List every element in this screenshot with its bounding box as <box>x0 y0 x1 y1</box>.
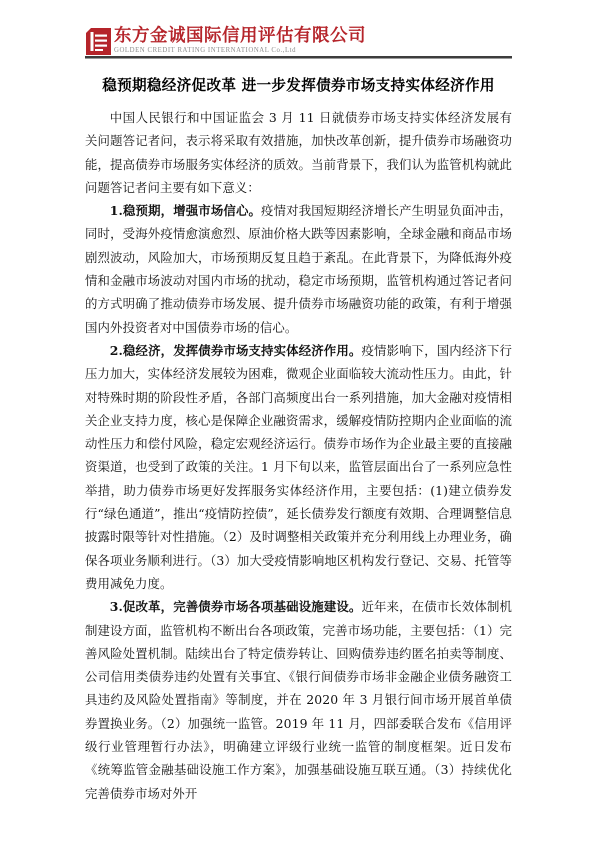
paragraph-lead: 2.稳经济，发挥债券市场支持实体经济作用。 <box>110 343 362 358</box>
document-body: 稳预期稳经济促改革 进一步发挥债券市场支持实体经济作用 中国人民银行和中国证监会… <box>85 74 512 805</box>
paragraph-intro: 中国人民银行和中国证监会 3 月 11 日就债券市场支持实体经济发展有关问题答记… <box>85 106 512 199</box>
paragraph-text: 近年来，在债市长效体制机制建设方面，监管机构不断出台各项政策，完善市场功能，主要… <box>85 599 512 800</box>
paragraph-lead: 3.促改革，完善债券市场各项基础设施建设。 <box>110 599 362 614</box>
document-page: 东方金诚国际信用评估有限公司 GOLDEN CREDIT RATING INTE… <box>0 0 595 842</box>
company-name-en: GOLDEN CREDIT RATING INTERNATIONAL Co.,L… <box>114 48 366 55</box>
paragraph-lead: 1.稳预期，增强市场信心。 <box>110 203 261 218</box>
paragraph-point-1: 1.稳预期，增强市场信心。疫情对我国短期经济增长产生明显负面冲击，同时，受海外疫… <box>85 199 512 339</box>
paragraph-text: 中国人民银行和中国证监会 3 月 11 日就债券市场支持实体经济发展有关问题答记… <box>85 110 512 195</box>
paragraph-point-3: 3.促改革，完善债券市场各项基础设施建设。近年来，在债市长效体制机制建设方面，监… <box>85 595 512 805</box>
letterhead: 东方金诚国际信用评估有限公司 GOLDEN CREDIT RATING INTE… <box>86 28 513 55</box>
header-divider <box>85 56 512 59</box>
brand-text: 东方金诚国际信用评估有限公司 GOLDEN CREDIT RATING INTE… <box>114 28 366 54</box>
brand-row: 东方金诚国际信用评估有限公司 GOLDEN CREDIT RATING INTE… <box>86 28 513 55</box>
company-logo-icon <box>86 28 111 55</box>
paragraph-text: 疫情影响下，国内经济下行压力加大，实体经济发展较为困难，微观企业面临较大流动性压… <box>85 343 512 591</box>
paragraph-point-2: 2.稳经济，发挥债券市场支持实体经济作用。疫情影响下，国内经济下行压力加大，实体… <box>85 339 512 595</box>
company-name-zh: 东方金诚国际信用评估有限公司 <box>114 28 366 46</box>
paragraph-text: 疫情对我国短期经济增长产生明显负面冲击，同时，受海外疫情愈演愈烈、原油价格大跌等… <box>85 203 512 334</box>
document-title: 稳预期稳经济促改革 进一步发挥债券市场支持实体经济作用 <box>85 74 512 95</box>
